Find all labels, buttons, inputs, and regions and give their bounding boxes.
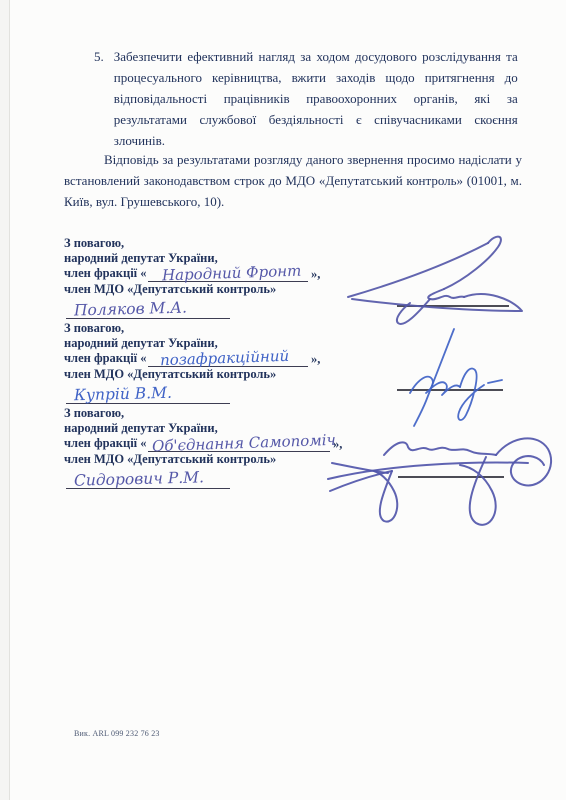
faction-line: член фракції « позафракційний », xyxy=(64,351,364,367)
faction-suffix: », xyxy=(311,352,320,367)
item-text: Забезпечити ефективний нагляд за ходом д… xyxy=(114,46,518,151)
document-page: 5. Забезпечити ефективний нагляд за ходо… xyxy=(0,0,566,800)
name-handwritten: Купрій В.М. xyxy=(74,383,172,404)
salutation: З повагою, xyxy=(64,321,364,336)
signature-block-1: З повагою, народний депутат України, чле… xyxy=(64,236,364,319)
faction-suffix: », xyxy=(311,267,320,282)
name-handwritten: Сидорович Р.М. xyxy=(74,468,204,489)
name-handwritten: Поляков М.А. xyxy=(74,298,187,319)
signature-block-2: З повагою, народний депутат України, чле… xyxy=(64,321,364,404)
footer-executor-note: Вик. ARL 099 232 76 23 xyxy=(74,729,160,738)
scan-edge-line xyxy=(9,0,10,800)
signature-ink-2 xyxy=(402,327,522,429)
name-row: Купрій В.М. xyxy=(64,385,364,404)
signature-ink-3 xyxy=(326,417,564,535)
name-row: Сидорович Р.М. xyxy=(64,470,364,489)
faction-prefix: член фракції « xyxy=(64,351,147,365)
scan-margin-shade xyxy=(0,0,9,800)
mdo-line: член МДО «Депутатський контроль» xyxy=(64,452,364,467)
numbered-item-5: 5. Забезпечити ефективний нагляд за ходо… xyxy=(94,46,518,151)
salutation: З повагою, xyxy=(64,236,364,251)
name-row: Поляков М.А. xyxy=(64,300,364,319)
faction-prefix: член фракції « xyxy=(64,436,147,450)
mdo-line: член МДО «Депутатський контроль» xyxy=(64,282,364,297)
signature-block-3: З повагою, народний депутат України, чле… xyxy=(64,406,364,489)
faction-line: член фракції « Об'єднання Самопоміч », xyxy=(64,436,364,452)
salutation: З повагою, xyxy=(64,406,364,421)
mdo-line: член МДО «Депутатський контроль» xyxy=(64,367,364,382)
signature-ink-1 xyxy=(346,231,531,331)
closing-paragraph: Відповідь за результатами розгляду даног… xyxy=(64,149,522,212)
item-number: 5. xyxy=(94,46,104,151)
faction-line: член фракції « Народний Фронт », xyxy=(64,266,364,282)
faction-prefix: член фракції « xyxy=(64,266,147,280)
